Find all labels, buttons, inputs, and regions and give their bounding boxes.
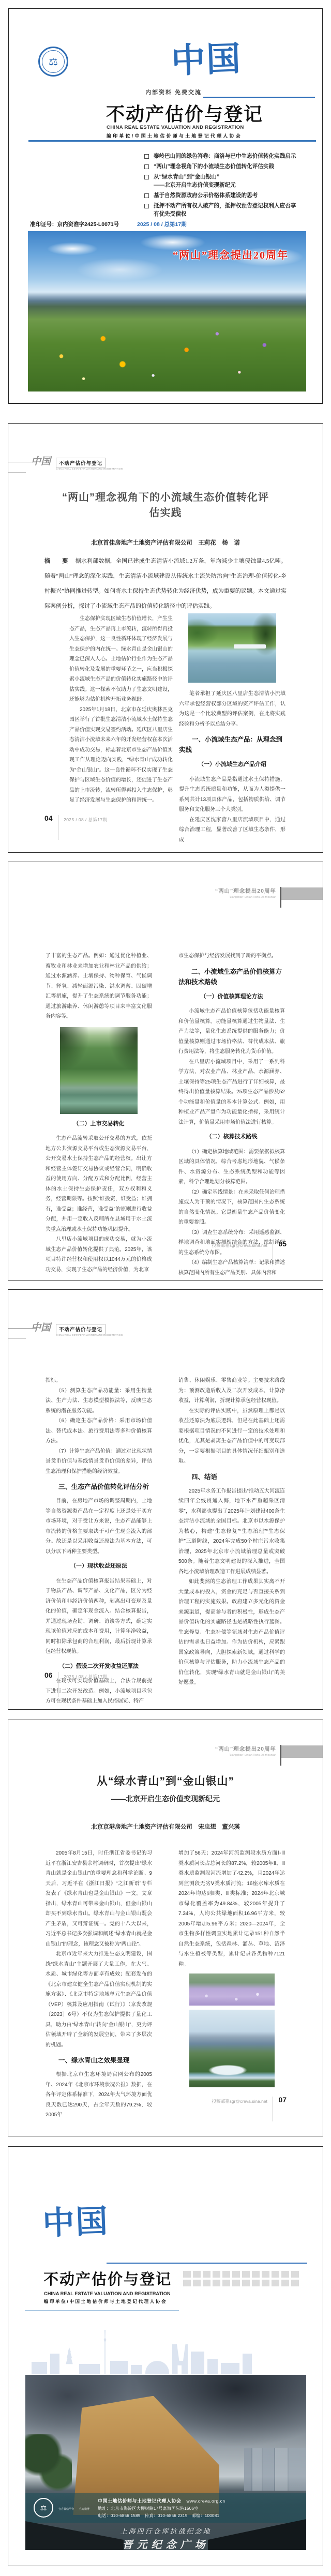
paragraph: （5）测算生态产品功能量：采用生物量法、生产力法、生态模型模拟法等，反映生态系统… (46, 1386, 152, 1417)
paragraph: 生态产品流转采取公开交易的方式，依托地方公共资源交易平台或生态资源交易平台，公开… (46, 1134, 152, 1234)
address-line: 地址：北京市海淀区大柳树路17号富海国际港1506室 (98, 2506, 225, 2511)
page-number: 05 (278, 1240, 287, 1266)
association-info-band: 官方微信平台 官方微博 中国土地估价师与土地登记代理人协会www.creva.o… (25, 2493, 306, 2523)
cover-meadow-photo: “两山”理念提出20周年 (28, 231, 306, 391)
checkbox-icon (144, 164, 149, 169)
checkbox-icon (144, 154, 149, 159)
subsection-heading: （二）假设二次开发收益还原法 (46, 1662, 152, 1672)
checkbox-icon (144, 193, 149, 198)
section-heading: 一、小流域生态产品：从理念到实践 (179, 734, 285, 755)
section-tab-text: “两山”理念提出20周年 “Liangshan” Linian Tichu 20… (215, 887, 276, 899)
paragraph: 目前，在房地产市场的调整周期内，土地等自然资源类产品在一定程度上还是处于买方市场… (46, 1496, 152, 1557)
page-footer: 投稿邮箱sgr@creva.sina.net 05 (212, 1240, 287, 1266)
toc-item: “两山”理念视角下的小流域生态价值转化评估实践 (144, 163, 299, 171)
header-brand-cn: 中国 (31, 1320, 51, 1334)
publisher-line: 编印单位/中国土地估价师与土地登记代理人协会 (44, 2298, 167, 2304)
article2-subtitle: ——北京开启生态价值变现新纪元 (8, 1794, 323, 1804)
paragraph: 在八里店小流域项目中，采用了一系列科学方法，对农业产品、林业产品、水源涵养、土壤… (178, 1057, 285, 1128)
subsection-heading: （二）上市交易转化 (46, 1119, 152, 1129)
section-tab-block (281, 1745, 323, 1758)
subsection-heading: （一）现状收益还原法 (46, 1561, 152, 1572)
section-tab-pinyin: “Liangshan” Linian Tichu 20 zhounian (215, 896, 276, 899)
table-of-contents: 秦岭巴山间的绿色答卷：商洛与巴中生态价值转化实践启示 “两山”理念视角下的小流域… (144, 153, 299, 221)
article1-authors: 北京首佳房地产土地资产评估有限公司 王莉花 杨 诺 (8, 538, 323, 547)
journal-header-logo: 中国 不动产估价与登记 CHINA REAL ESTATE VALUATION … (8, 1320, 127, 1343)
paragraph: （1）确定核算地域范围：需要依据拟核算区域的具体情况，综合考虑地形地貌、气候条件… (178, 1147, 285, 1187)
paragraph: （6）确定生态产品价格：采用市场价值法、替代成本法、旅行费用法等多种价值核算方法… (46, 1416, 152, 1447)
header-brand-cn: 中国 (31, 454, 51, 468)
section-tab-pinyin: “Liangshan” Linian Tichu 20 zhounian (215, 1754, 276, 1757)
cover-page: 内部资料 免费交流 中国 不动产估价与登记 CHINA REAL ESTATE … (8, 8, 323, 404)
toc-item: 抵押不动产所有权人破产的，抵押权预告登记权利人应否享有优先受偿权 (144, 202, 299, 218)
page-footer: 投稿邮箱sgr@creva.sina.net 07 (212, 2096, 287, 2121)
paragraph: 八里店小流域项目的成功交易，就为小流域生态产品价值转化提供了典范。2025年，该… (46, 1234, 152, 1275)
footer-divider (273, 2097, 274, 2121)
back-cover-page: 中国 不动产估价与登记 CHINA REAL ESTATE VALUATION … (8, 2146, 323, 2566)
paragraph: （2）确定基线情景：在未采取任何治理措施或人为干预的情况下，核算范围内生态系统的… (178, 1187, 285, 1228)
submission-email: 投稿邮箱sgr@creva.sina.net (212, 2098, 267, 2121)
publisher-line: 编印单位/中国土地估价师与土地登记代理人协会 (107, 132, 289, 139)
section-tab-block (281, 887, 323, 900)
abstract-label: 摘 要 (44, 558, 71, 564)
right-column: 市生态保护与经济发展找到了新的平衡点。 二、小流域生态产品价值核算方法和技术路线… (178, 951, 285, 1247)
paragraph: 在延庆区沈家营八里店流域项目中，通过综合治理工程，显著改善了区域生态条件，形成 (179, 815, 285, 846)
footer-divider (273, 1241, 274, 1266)
paragraph: 了丰富的生态产品。例如：通过优化种植业、畜牧业和林业来增加农业和林业产品的供给；… (46, 951, 152, 1022)
paragraph: 根据北京市生态环境局官网公布的2005年、2024年《北京市环境状况公报》数据，… (46, 2070, 152, 2120)
header-brand-title: 不动产估价与登记 (56, 458, 106, 468)
qr-label: 官方微信平台 (58, 2508, 74, 2511)
association-name: 中国土地估价师与土地登记代理人协会www.creva.org.cn (98, 2497, 225, 2504)
paragraph: 2005年8月15日，时任浙江省委书记的习近平在浙江安吉县余村调研时，首次提出“… (46, 1848, 152, 1949)
journal-title-en: CHINA REAL ESTATE VALUATION AND REGISTRA… (107, 125, 289, 130)
page-05: “两山”理念提出20周年 “Liangshan” Linian Tichu 20… (8, 862, 323, 1281)
right-column: 销售、休闲娱乐、零售商业等。主要技术路线为：预测改造后收入及二次开发成本，计算净… (178, 1376, 285, 1676)
brand-underline (107, 2263, 307, 2264)
page-06: 中国 不动产估价与登记 CHINA REAL ESTATE VALUATION … (8, 1289, 323, 1710)
header-rule-icon (8, 472, 26, 473)
subsection-heading: （一）价值核算理论方法 (178, 992, 285, 1002)
toc-item-label: 基于自然资源政府公示价格体系建设的思考 (154, 192, 258, 200)
journal-title: 不动产估价与登记 (43, 2268, 172, 2289)
forest-canal-photo (60, 1027, 138, 1114)
abstract-text: 据水利部数据，全国已建成生态清洁小流域1.2万条，年均减少土壤侵蚀量4.5亿吨。… (44, 558, 287, 609)
license-number: 准印证号：京内资准字2425-L0071号 (30, 220, 119, 228)
org-name: 中国土地估价师与土地登记代理人协会 (98, 2498, 182, 2504)
mountain-lake-photo (189, 2010, 275, 2087)
article2-authors: 北京京港房地产土地资产评估有限公司 宋忠想 董兴瑛 (8, 1822, 323, 1831)
footer-divider (58, 1672, 59, 1697)
paragraph: 小流域生态产品价值核算包括功能量核算和价值量核算。功能量核算通过生物量法、生产力… (178, 1006, 285, 1057)
city-buildings (244, 2448, 306, 2490)
paragraph: 北京市近年来大力推进生态文明建设，围绕“绿水青山”主题开展了大量工作，在大气、水… (46, 1949, 152, 2050)
paragraph: 2025年1月18日，北京市在延庆奥林匹克园区举行了首批生态清洁小流域水土保持生… (69, 705, 173, 806)
purple-flowers-photo (189, 1974, 275, 2006)
right-column: 增加了56天；2024年河流监测段水质方面Ⅰ-Ⅲ类水质河长占总河长的87.2%，… (178, 1848, 285, 2114)
footer-divider (58, 815, 59, 840)
internal-note: 内部资料 免费交流 (145, 88, 202, 96)
paragraph: 指标。 (46, 1376, 152, 1386)
qr-label: 官方微博 (79, 2508, 89, 2511)
header-rule-icon (8, 1338, 26, 1339)
brand-china-calligraphy: 中国 (41, 2195, 109, 2243)
left-column: 了丰富的生态产品。例如：通过优化种植业、畜牧业和林业来增加农业和林业产品的供给；… (46, 951, 152, 1247)
subsection-heading: （二）核算技术路线 (178, 1132, 285, 1142)
toc-item: 基于自然资源政府公示价格体系建设的思考 (144, 192, 299, 200)
website: www.creva.org.cn (187, 2498, 225, 2504)
article1-title: “两山”理念视角下的小流域生态价值转化评估实践 (8, 490, 323, 521)
trees-silhouette (25, 2434, 72, 2497)
section-heading: 二、小流域生态产品价值核算方法和技术路线 (178, 967, 285, 987)
paragraph: 市生态保护与经济发展找到了新的平衡点。 (178, 951, 285, 961)
toc-item-label: 抵押不动产所有权人破产的，抵押权预告登记权利人应否享有优先受偿权 (154, 202, 299, 218)
paragraph: 在实际的评估实践中，虽然原理上都是以收益还原法为底层逻辑，但是在此基础上还需要根… (178, 1406, 285, 1467)
journal-title: 不动产估价与登记 (106, 100, 292, 126)
page-04: 中国 不动产估价与登记 CHINA REAL ESTATE VALUATION … (8, 423, 323, 853)
section-header-tab: “两山”理念提出20周年 “Liangshan” Linian Tichu 20… (215, 887, 323, 908)
paragraph: 小流域生态产品是指通过水土保持措施，提升生态系统质量和功能，从而为人类提供一系列… (179, 775, 285, 815)
section-tab-title: “两山”理念提出20周年 (215, 1745, 276, 1753)
toc-item-label: 秦岭巴山间的绿色答卷：商洛与巴中生态价值转化实践启示 (154, 153, 296, 161)
paragraph: 增加了56天；2024年河流监测段水质方面Ⅰ-Ⅲ类水质河长占总河长的87.2%，… (178, 1848, 285, 1969)
association-seal-icon (34, 2498, 53, 2518)
wechat-qr: 官方微信平台 (58, 2503, 74, 2512)
page-07: “两山”理念提出20周年 “Liangshan” Linian Tichu 20… (8, 1720, 323, 2136)
back-divider (25, 2310, 179, 2311)
city-skyline-decoration (32, 2329, 312, 2374)
left-column: 2005年8月15日，时任浙江省委书记的习近平在浙江安吉县余村调研时，首次提出“… (46, 1848, 152, 2114)
toc-item: 从“绿水青山”到“金山银山” ——北京开启生态价值变现新纪元 (144, 173, 299, 189)
phone-line: 电话：010-6856 1589 传真：010-6856 2319 邮编：100… (98, 2513, 225, 2519)
footer-issue: 2025 / 08 / 总第17期 (64, 817, 107, 840)
ghost-blocks-decoration (183, 2271, 311, 2286)
section-heading: 三、生态产品价值转化评估分析 (46, 1482, 152, 1492)
article1-abstract: 摘 要据水利部数据，全国已建成生态清洁小流域1.2万条，年均减少土壤侵蚀量4.5… (44, 554, 287, 614)
left-column: 生态保护实现区域生态价值增长，产生生态产品，生态产品再上市流转，流转所得再投入生… (69, 614, 173, 825)
paragraph: 在生态产品价值核算报告结果基础上，对于物质产品、调节产品、文化产品，区分为经济价… (46, 1576, 152, 1657)
issue-info: 2025 / 08 / 总第17期 (137, 220, 187, 228)
paragraph: 销售、休闲娱乐、零售商业等。主要技术路线为：预测改造后收入及二次开发成本，计算净… (178, 1376, 285, 1406)
submission-email: 投稿邮箱sgr@creva.sina.net (212, 1242, 267, 1266)
page-number: 07 (278, 2096, 287, 2121)
toc-item: 秦岭巴山间的绿色答卷：商洛与巴中生态价值转化实践启示 (144, 153, 299, 161)
toc-item-label: “两山”理念视角下的小流域生态价值转化评估实践 (154, 163, 274, 171)
paragraph: 笔者承担了延庆区八里店生态清洁小流域六年承包经营权部分区域的资产评估工作，认为这… (179, 689, 285, 729)
article2-title: 从“绿水青山”到“金山银山” (8, 1773, 323, 1788)
header-brand-title: 不动产估价与登记 (56, 1324, 106, 1334)
paragraph: 如此斐然的生态治理工作成果其实离不开大量成本的投入，资金的充足与否直接关系到治理… (178, 1577, 285, 1688)
header-brand-en: CHINA REAL ESTATE VALUATION AND REGISTRA… (56, 468, 123, 470)
journal-header-logo: 中国 不动产估价与登记 CHINA REAL ESTATE VALUATION … (8, 454, 127, 476)
section-heading: 四、结语 (178, 1472, 285, 1482)
warehouse-memorial-photo: 官方微信平台 官方微博 中国土地估价师与土地登记代理人协会www.creva.o… (25, 2375, 306, 2550)
journal-title-en: CHINA REAL ESTATE VALUATION AND REGISTRA… (44, 2291, 171, 2296)
brand-china-calligraphy: 中国 (170, 35, 242, 85)
checkbox-icon (144, 204, 149, 208)
checkbox-icon (144, 175, 149, 179)
subsection-heading: （一）小流域生态产品介绍 (179, 760, 285, 770)
cover-divider (28, 140, 316, 142)
page-number: 06 (44, 1671, 53, 1697)
brand-underline (203, 97, 315, 98)
anniversary-banner: “两山”理念提出20周年 (173, 247, 289, 262)
page-footer: 04 2025 / 08 / 总第17期 (44, 814, 107, 840)
weibo-qr: 官方微博 (79, 2503, 89, 2512)
section-header-tab: “两山”理念提出20周年 “Liangshan” Linian Tichu 20… (215, 1745, 323, 1766)
page-footer: 06 2025 / 08 / 总第17期 (44, 1671, 107, 1697)
association-contact: 中国土地估价师与土地登记代理人协会www.creva.org.cn 地址：北京市… (98, 2497, 225, 2519)
right-column: 笔者承担了延庆区八里店生态清洁小流域六年承包经营权部分区域的资产评估工作，认为这… (179, 612, 285, 825)
magazine-scan: 内部资料 免费交流 中国 不动产估价与登记 CHINA REAL ESTATE … (0, 0, 331, 2576)
section-tab-title: “两山”理念提出20周年 (215, 887, 276, 895)
paragraph: （7）计算生态产品价值：通过对比现状情景货币价值与基线情景货币价值的差异，评估生… (46, 1447, 152, 1477)
paragraph: 生态保护实现区域生态价值增长，产生生态产品，生态产品再上市流转，流转所得再投入生… (69, 614, 173, 705)
river-photo (188, 613, 276, 683)
footer-issue: 2025 / 08 / 总第17期 (64, 1674, 107, 1697)
page-number: 04 (44, 814, 53, 840)
toc-item-label: 从“绿水青山”到“金山银山” ——北京开启生态价值变现新纪元 (154, 173, 236, 189)
section-heading: 一、绿水青山之效果显现 (46, 2055, 152, 2066)
header-brand-en: CHINA REAL ESTATE VALUATION AND REGISTRA… (56, 1334, 123, 1336)
paragraph: 2025年水务工作报告提出“推动五大河流连续四年全线贯通入海，地下水严重超采区清… (178, 1486, 285, 1577)
left-column: 指标。 （5）测算生态产品功能量：采用生物量法、生产力法、生态模型模拟法等，反映… (46, 1376, 152, 1676)
section-tab-text: “两山”理念提出20周年 “Liangshan” Linian Tichu 20… (215, 1745, 276, 1757)
seal-inner-ring (42, 50, 65, 73)
association-seal-icon (38, 47, 68, 77)
